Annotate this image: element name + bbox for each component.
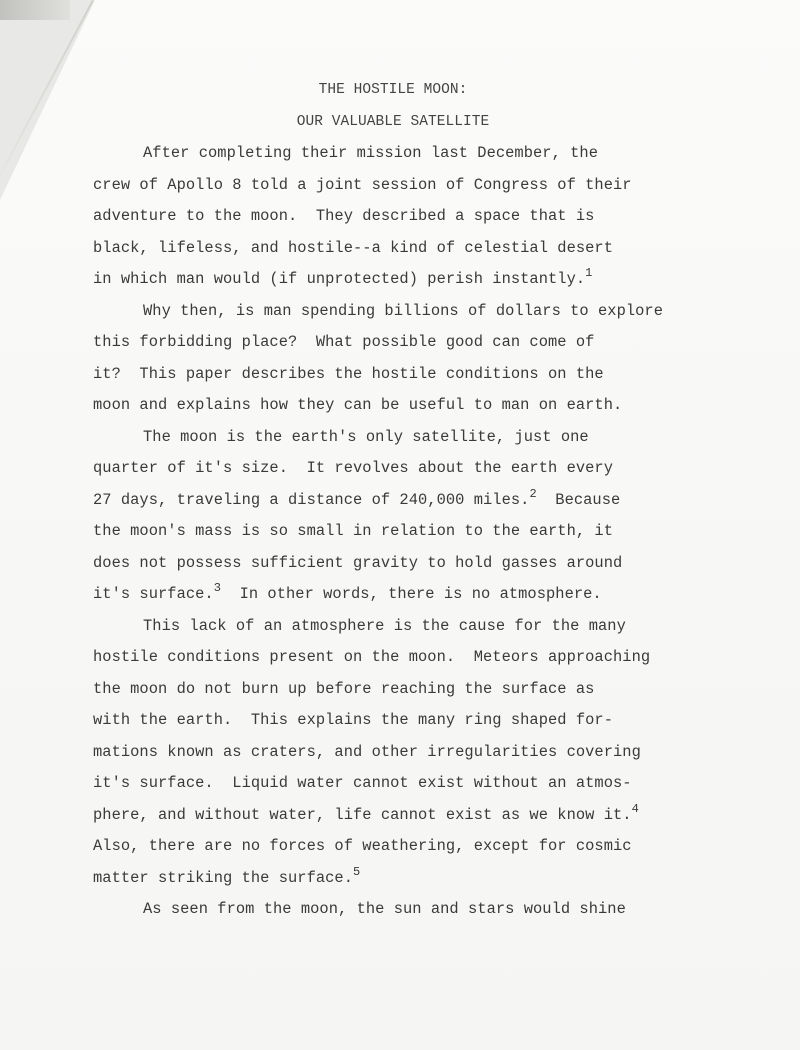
text-line-content: In other words, there is no atmosphere. xyxy=(240,585,602,603)
page-fold-shadow xyxy=(0,0,70,20)
text-line: 27 days, traveling a distance of 240,000… xyxy=(93,485,693,517)
title-line-1: THE HOSTILE MOON: xyxy=(163,75,623,107)
text-line-content: phere, and without water, life cannot ex… xyxy=(93,806,632,824)
text-line: moon and explains how they can be useful… xyxy=(93,390,693,422)
footnote-mark: 2 xyxy=(529,487,536,501)
title-line-2: OUR VALUABLE SATELLITE xyxy=(163,107,623,139)
text-line: After completing their mission last Dece… xyxy=(93,138,693,170)
footnote-mark: 1 xyxy=(585,266,592,280)
text-line: it's surface.3 In other words, there is … xyxy=(93,579,693,611)
text-line-content: Because xyxy=(555,491,620,509)
text-line-content: in which man would (if unprotected) peri… xyxy=(93,270,585,288)
text-line: The moon is the earth's only satellite, … xyxy=(93,422,693,454)
text-line: matter striking the surface.5 xyxy=(93,863,693,895)
footnote-mark: 5 xyxy=(353,865,360,879)
paragraph-1: After completing their mission last Dece… xyxy=(93,138,693,296)
text-line: black, lifeless, and hostile--a kind of … xyxy=(93,233,693,265)
text-line-content: it's surface. xyxy=(93,585,214,603)
paragraph-4: This lack of an atmosphere is the cause … xyxy=(93,611,693,895)
text-line: mations known as craters, and other irre… xyxy=(93,737,693,769)
text-line: As seen from the moon, the sun and stars… xyxy=(93,894,693,926)
text-line-content: 27 days, traveling a distance of 240,000… xyxy=(93,491,529,509)
text-line: Also, there are no forces of weathering,… xyxy=(93,831,693,863)
text-line: This lack of an atmosphere is the cause … xyxy=(93,611,693,643)
text-line: adventure to the moon. They described a … xyxy=(93,201,693,233)
document-page: THE HOSTILE MOON: OUR VALUABLE SATELLITE… xyxy=(0,0,800,1050)
text-line: this forbidding place? What possible goo… xyxy=(93,327,693,359)
paragraph-2: Why then, is man spending billions of do… xyxy=(93,296,693,422)
text-line-content: matter striking the surface. xyxy=(93,869,353,887)
text-line: the moon do not burn up before reaching … xyxy=(93,674,693,706)
typewritten-text: THE HOSTILE MOON: OUR VALUABLE SATELLITE… xyxy=(93,75,693,926)
text-line: in which man would (if unprotected) peri… xyxy=(93,264,693,296)
paragraph-5: As seen from the moon, the sun and stars… xyxy=(93,894,693,926)
text-line: it? This paper describes the hostile con… xyxy=(93,359,693,391)
text-line: phere, and without water, life cannot ex… xyxy=(93,800,693,832)
text-line: with the earth. This explains the many r… xyxy=(93,705,693,737)
text-line: quarter of it's size. It revolves about … xyxy=(93,453,693,485)
text-line: hostile conditions present on the moon. … xyxy=(93,642,693,674)
paragraph-3: The moon is the earth's only satellite, … xyxy=(93,422,693,611)
page-fold-corner xyxy=(0,0,95,200)
footnote-mark: 4 xyxy=(632,802,639,816)
text-line: Why then, is man spending billions of do… xyxy=(93,296,693,328)
text-line: the moon's mass is so small in relation … xyxy=(93,516,693,548)
text-line: does not possess sufficient gravity to h… xyxy=(93,548,693,580)
text-line: crew of Apollo 8 told a joint session of… xyxy=(93,170,693,202)
footnote-mark: 3 xyxy=(214,581,221,595)
text-line: it's surface. Liquid water cannot exist … xyxy=(93,768,693,800)
document-title: THE HOSTILE MOON: OUR VALUABLE SATELLITE xyxy=(163,75,623,138)
